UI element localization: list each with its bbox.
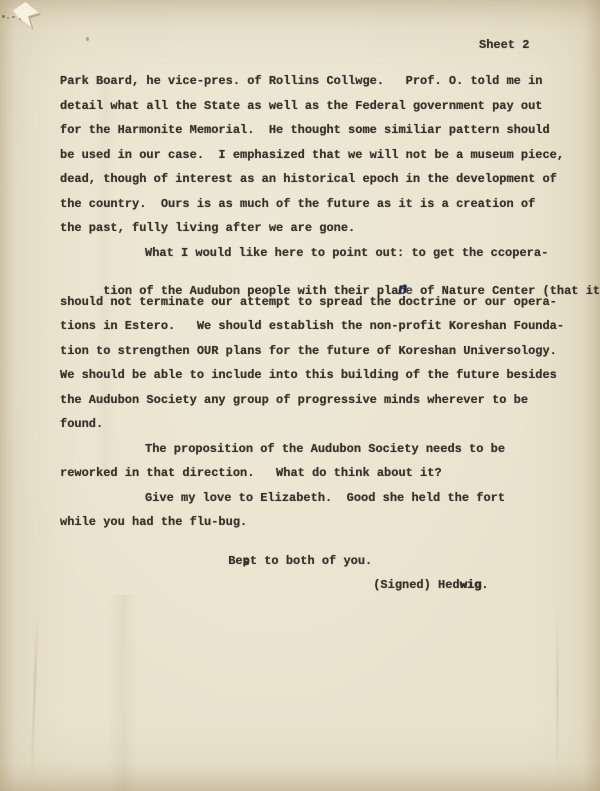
letter-line: reworked in that direction. What do thin… <box>60 466 580 491</box>
paper-crease <box>556 600 559 780</box>
letter-line: Give my love to Elizabeth. Good she held… <box>60 491 580 516</box>
sheet-number: Sheet 2 <box>479 33 529 58</box>
overstrike: ps <box>243 554 250 568</box>
letter-line: the past, fully living after we are gone… <box>60 221 580 246</box>
letter-line: should not terminate our attempt to spre… <box>60 295 580 320</box>
ink-correction: cen <box>398 284 412 298</box>
line-text: (Signed) Hed <box>373 578 459 592</box>
letter-line: tions in Estero. We should establish the… <box>60 319 580 344</box>
line-text: . <box>481 578 488 592</box>
letter-page: Sheet 2 Park Board, he vice-pres. of Rol… <box>0 0 600 791</box>
letter-line: What I would like here to point out: to … <box>60 246 580 271</box>
retyped-letters: wig <box>460 578 482 592</box>
line-text: Be <box>228 554 242 568</box>
letter-line: Park Board, he vice-pres. of Rollins Col… <box>60 74 580 99</box>
letter-line: while you had the flu-bug. <box>60 515 580 540</box>
letter-line: found. <box>60 417 580 442</box>
letter-line: Bepst to both of you. <box>60 540 580 565</box>
letter-line: detail what all the State as well as the… <box>60 99 580 124</box>
line-text: t to both of you. <box>250 554 372 568</box>
paper-crease <box>30 608 39 783</box>
paper-speck <box>86 37 89 41</box>
letter-line: for the Harmonite Memorial. He thought s… <box>60 123 580 148</box>
letter-body: Park Board, he vice-pres. of Rollins Col… <box>60 74 580 589</box>
letter-line: dead, though of interest as an historica… <box>60 172 580 197</box>
paper-speck <box>2 15 5 18</box>
letter-line: The proposition of the Audubon Society n… <box>60 442 580 467</box>
letter-line: the country. Ours is as much of the futu… <box>60 197 580 222</box>
letter-line: be used in our case. I emphasized that w… <box>60 148 580 173</box>
paper-speck <box>7 17 9 19</box>
paper-speck <box>19 18 21 20</box>
letter-line: We should be able to include into this b… <box>60 368 580 393</box>
paper-speck <box>12 16 15 18</box>
paper-crease <box>108 595 138 791</box>
pen-ink-letter: n <box>398 280 407 299</box>
letter-line: tion of the Audubon people with their pl… <box>60 270 580 295</box>
letter-line: the Audubon Society any group of progres… <box>60 393 580 418</box>
overstriking-letter: s <box>243 555 250 569</box>
letter-line: tion to strengthen OUR plans for the fut… <box>60 344 580 369</box>
